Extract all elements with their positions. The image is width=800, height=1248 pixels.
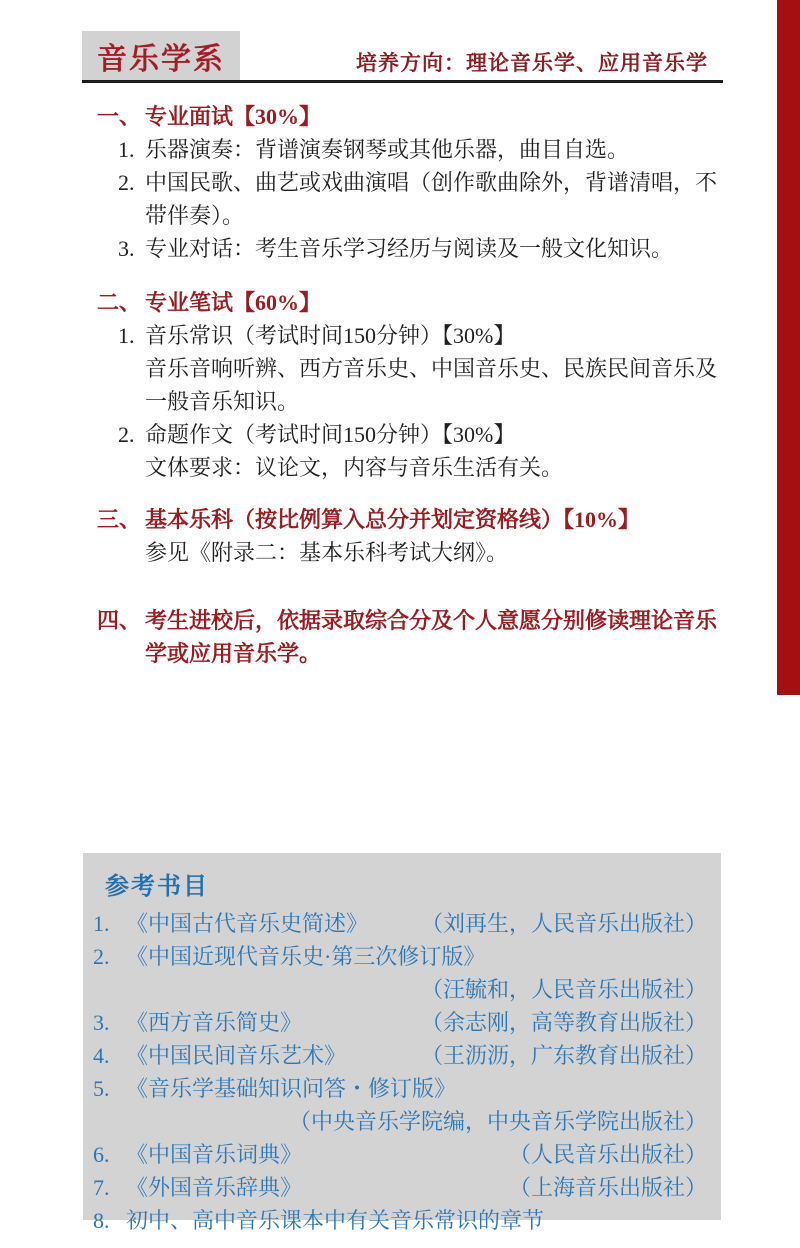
book-title: 《外国音乐辞典》 [126,1171,302,1204]
book-number: 3. [93,1006,126,1039]
section-heading: 四、 考生进校后，依据录取综合分及个人意愿分别修读理论音乐学或应用音乐学。 [97,604,717,670]
book-number: 5. [93,1072,126,1105]
section-basic-theory: 三、 基本乐科（按比例算入总分并划定资格线）【10%】 参见《附录二：基本乐科考… [97,503,717,569]
header-rule [82,80,723,83]
book-row: 5. 《音乐学基础知识问答・修订版》 [83,1072,721,1105]
book-row: 1. 《中国古代音乐史简述》 （刘再生，人民音乐出版社） [83,907,721,940]
book-number: 1. [93,907,126,940]
book-title: 《西方音乐简史》 [126,1006,302,1039]
book-title: 《中国民间音乐艺术》 [126,1039,346,1072]
section-after-enrollment: 四、 考生进校后，依据录取综合分及个人意愿分别修读理论音乐学或应用音乐学。 [97,604,717,670]
section-title-text: 专业面试【30%】 [145,100,717,133]
item-subtext: 文体要求：议论文，内容与音乐生活有关。 [97,451,717,484]
book-number: 6. [93,1138,126,1171]
section-number: 二、 [97,286,145,319]
reference-books-title: 参考书目 [105,866,721,901]
section-written-exam: 二、 专业笔试【60%】 1. 音乐常识（考试时间150分钟）【30%】 音乐音… [97,286,717,484]
book-title: 《中国近现代音乐史·第三次修订版》 [126,940,485,973]
item-number: 1. [118,133,145,166]
book-number: 4. [93,1039,126,1072]
training-direction: 培养方向：理论音乐学、应用音乐学 [356,47,708,77]
department-title-box: 音乐学系 [82,31,240,80]
book-publisher: （中央音乐学院编，中央音乐学院出版社） [83,1105,721,1138]
section-number: 四、 [97,604,145,670]
book-publisher: （余志刚，高等教育出版社） [302,1006,707,1039]
item-subtext: 音乐音响听辨、西方音乐史、中国音乐史、民族民间音乐及一般音乐知识。 [97,352,717,418]
item-text: 中国民歌、曲艺或戏曲演唱（创作歌曲除外，背谱清唱，不带伴奏）。 [145,166,717,232]
book-number: 2. [93,940,126,973]
list-item: 2. 命题作文（考试时间150分钟）【30%】 [97,418,717,451]
reference-books-panel: 参考书目 1. 《中国古代音乐史简述》 （刘再生，人民音乐出版社） 2. 《中国… [83,853,721,1220]
section-title-text: 基本乐科（按比例算入总分并划定资格线）【10%】 [145,503,717,536]
department-title: 音乐学系 [97,34,225,78]
item-number: 3. [118,232,145,265]
book-publisher: （上海音乐出版社） [302,1171,707,1204]
item-number: 1. [118,319,145,352]
item-text: 音乐常识（考试时间150分钟）【30%】 [145,319,717,352]
book-title: 初中、高中音乐课本中有关音乐常识的章节 [126,1204,544,1237]
book-publisher: （人民音乐出版社） [302,1138,707,1171]
right-accent-bar [777,0,800,695]
section-interview: 一、 专业面试【30%】 1. 乐器演奏：背谱演奏钢琴或其他乐器，曲目自选。 2… [97,100,717,265]
section-heading: 三、 基本乐科（按比例算入总分并划定资格线）【10%】 [97,503,717,536]
book-title: 《音乐学基础知识问答・修订版》 [126,1072,456,1105]
section-heading: 二、 专业笔试【60%】 [97,286,717,319]
book-publisher: （汪毓和，人民音乐出版社） [83,973,721,1006]
item-text: 专业对话：考生音乐学习经历与阅读及一般文化知识。 [145,232,717,265]
item-number: 2. [118,418,145,451]
list-item: 1. 乐器演奏：背谱演奏钢琴或其他乐器，曲目自选。 [97,133,717,166]
item-number: 2. [118,166,145,232]
section-heading: 一、 专业面试【30%】 [97,100,717,133]
book-row: 8. 初中、高中音乐课本中有关音乐常识的章节 [83,1204,721,1237]
book-row: 4. 《中国民间音乐艺术》 （王沥沥，广东教育出版社） [83,1039,721,1072]
section-body-text: 参见《附录二：基本乐科考试大纲》。 [97,536,717,569]
book-row: 2. 《中国近现代音乐史·第三次修订版》 [83,940,721,973]
section-number: 三、 [97,503,145,536]
item-text: 乐器演奏：背谱演奏钢琴或其他乐器，曲目自选。 [145,133,717,166]
section-title-text: 专业笔试【60%】 [145,286,717,319]
item-text: 命题作文（考试时间150分钟）【30%】 [145,418,717,451]
book-title: 《中国音乐词典》 [126,1138,302,1171]
book-title: 《中国古代音乐史简述》 [126,907,368,940]
list-item: 1. 音乐常识（考试时间150分钟）【30%】 [97,319,717,352]
section-title-text: 考生进校后，依据录取综合分及个人意愿分别修读理论音乐学或应用音乐学。 [145,604,717,670]
book-row: 6. 《中国音乐词典》 （人民音乐出版社） [83,1138,721,1171]
book-number: 7. [93,1171,126,1204]
book-publisher: （刘再生，人民音乐出版社） [368,907,707,940]
list-item: 2. 中国民歌、曲艺或戏曲演唱（创作歌曲除外，背谱清唱，不带伴奏）。 [97,166,717,232]
book-row: 7. 《外国音乐辞典》 （上海音乐出版社） [83,1171,721,1204]
book-publisher: （王沥沥，广东教育出版社） [346,1039,707,1072]
book-number: 8. [93,1204,126,1237]
book-row: 3. 《西方音乐简史》 （余志刚，高等教育出版社） [83,1006,721,1039]
list-item: 3. 专业对话：考生音乐学习经历与阅读及一般文化知识。 [97,232,717,265]
section-number: 一、 [97,100,145,133]
